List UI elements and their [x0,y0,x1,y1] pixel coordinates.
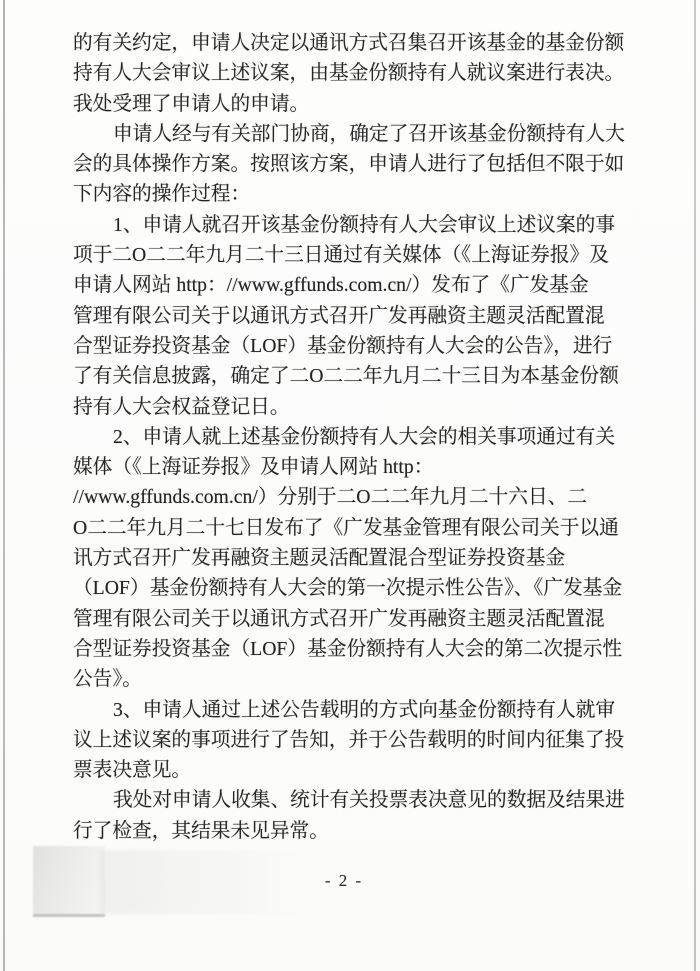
text-line: 持有人大会审议上述议案，由基金份额持有人就议案进行表决。 [73,58,633,88]
paragraph-item-3: 3、申请人通过上述公告载明的方式向基金份额持有人就审 议上述议案的事项进行了告知… [73,695,633,786]
paragraph-inspection-result: 我处对申请人收集、统计有关投票表决意见的数据及结果进 行了检查，其结果未见异常。 [73,785,633,846]
text-line: 讯方式召开广发再融资主题灵活配置混合型证券投资基金 [73,543,633,573]
text-line: //www.gffunds.com.cn/）分别于二O二二年九月二十六日、二 [73,482,633,512]
text-line: 3、申请人通过上述公告载明的方式向基金份额持有人就审 [73,695,633,725]
text-line: 议上述议案的事项进行了告知，并于公告载明的时间内征集了投 [73,725,633,755]
text-line: 管理有限公司关于以通讯方式召开广发再融资主题灵活配置混 [73,301,633,331]
text-line: 下内容的操作过程： [73,179,633,209]
paragraph-item-1: 1、申请人就召开该基金份额持有人大会审议上述议案的事 项于二O二二年九月二十三日… [73,210,633,422]
text-line: 持有人大会权益登记日。 [73,392,633,422]
page-number: - 2 - [0,871,688,891]
text-line: 管理有限公司关于以通讯方式召开广发再融资主题灵活配置混 [73,604,633,634]
text-line: 了有关信息披露，确定了二O二二年九月二十三日为本基金份额 [73,361,633,391]
text-line: 公告》。 [73,664,633,694]
text-line: 申请人经与有关部门协商，确定了召开该基金份额持有人大 [73,119,633,149]
text-line: 申请人网站 http：//www.gffunds.com.cn/）发布了《广发基… [73,270,633,300]
scan-right-edge-line [694,0,696,971]
text-line: 我处受理了申请人的申请。 [73,89,633,119]
text-line: （LOF）基金份额持有人大会的第一次提示性公告》、《广发基金 [73,573,633,603]
text-line: 票表决意见。 [73,755,633,785]
text-line: 的有关约定，申请人决定以通讯方式召集召开该基金的基金份额 [73,28,633,58]
paragraph-continuation: 的有关约定，申请人决定以通讯方式召集召开该基金的基金份额 持有人大会审议上述议案… [73,28,633,119]
text-line: 2、申请人就上述基金份额持有人大会的相关事项通过有关 [73,422,633,452]
text-line: 合型证券投资基金（LOF）基金份额持有人大会的公告》，进行 [73,331,633,361]
scanned-document-page: 的有关约定，申请人决定以通讯方式召集召开该基金的基金份额 持有人大会审议上述议案… [0,0,700,971]
text-line: 行了检查，其结果未见异常。 [73,816,633,846]
text-line: O二二年九月二十七日发布了《广发基金管理有限公司关于以通 [73,513,633,543]
text-line: 1、申请人就召开该基金份额持有人大会审议上述议案的事 [73,210,633,240]
scan-left-edge-line [3,0,5,971]
text-line: 合型证券投资基金（LOF）基金份额持有人大会的第二次提示性 [73,634,633,664]
text-line: 我处对申请人收集、统计有关投票表决意见的数据及结果进 [73,785,633,815]
text-line: 会的具体操作方案。按照该方案，申请人进行了包括但不限于如 [73,149,633,179]
paragraph-item-2: 2、申请人就上述基金份额持有人大会的相关事项通过有关 媒体（《上海证券报》及申请… [73,422,633,695]
document-body: 的有关约定，申请人决定以通讯方式召集召开该基金的基金份额 持有人大会审议上述议案… [73,28,633,846]
paragraph-operation-plan: 申请人经与有关部门协商，确定了召开该基金份额持有人大 会的具体操作方案。按照该方… [73,119,633,210]
text-line: 项于二O二二年九月二十三日通过有关媒体（《上海证券报》及 [73,240,633,270]
text-line: 媒体（《上海证券报》及申请人网站 http： [73,452,633,482]
